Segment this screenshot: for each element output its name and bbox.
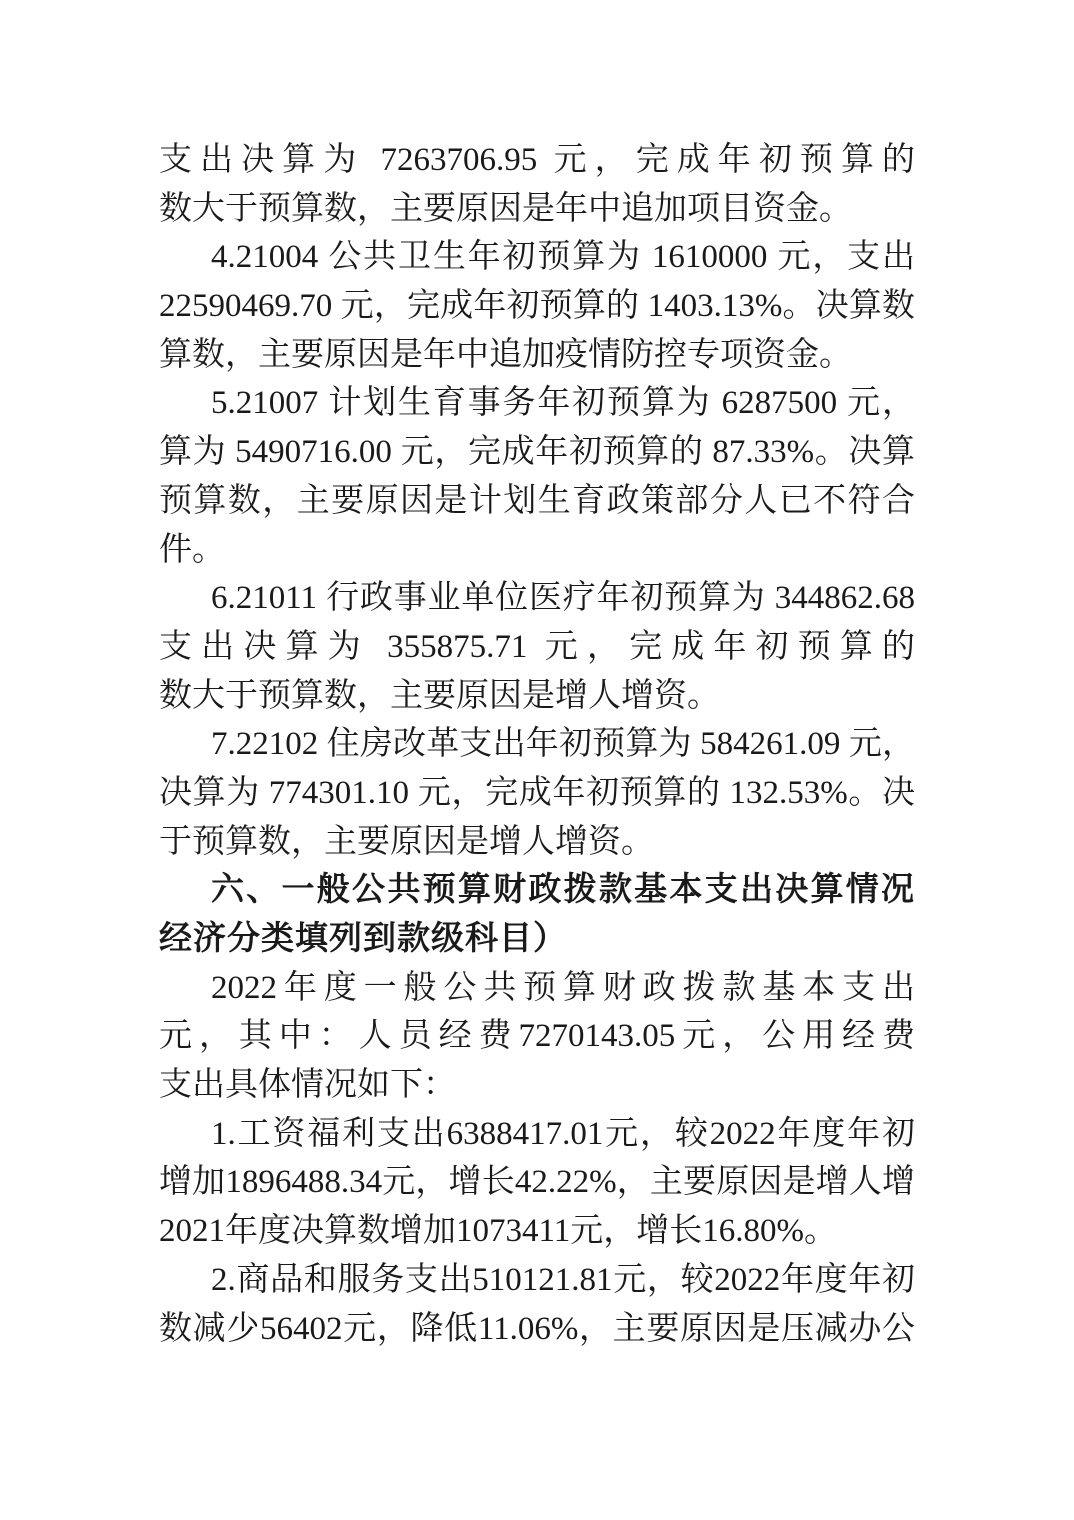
text-line: 支出具体情况如下： (159, 1061, 915, 1110)
text-line: 预算数，主要原因是计划生育政策部分人已不符合领取条 (159, 477, 915, 526)
document-body: 支出决算为 7263706.95 元，完成年初预算的 124.74%。决算数大于… (159, 136, 915, 1353)
text-line: 2022年度一般公共预算财政拨款基本支出7747662.86 (159, 964, 915, 1013)
paragraph: 支出决算为 7263706.95 元，完成年初预算的 124.74%。决算数大于… (159, 136, 915, 233)
paragraph: 2.商品和服务支出510121.81元，较2022年度年初预算数减少56402元… (159, 1256, 915, 1353)
section-heading: 六、一般公共预算财政拨款基本支出决算情况说明（按经济分类填列到款级科目） (159, 866, 915, 963)
paragraph: 4.21004 公共卫生年初预算为 1610000 元，支出决算为2259046… (159, 233, 915, 379)
text-line: 元，其中：人员经费7270143.05元，公用经费477519.81元。 (159, 1012, 915, 1061)
text-line: 算为 5490716.00 元，完成年初预算的 87.33%。决算数小于 (159, 428, 915, 477)
paragraph: 1.工资福利支出6388417.01元，较2022年度年初预算数增加189648… (159, 1110, 915, 1256)
text-line: 算数，主要原因是年中追加疫情防控专项资金。 (159, 331, 915, 380)
text-line: 4.21004 公共卫生年初预算为 1610000 元，支出决算为 (159, 233, 915, 282)
text-line: 于预算数，主要原因是增人增资。 (159, 818, 915, 867)
text-line: 决算为 774301.10 元，完成年初预算的 132.53%。决算数大 (159, 769, 915, 818)
heading-line: 经济分类填列到款级科目） (159, 915, 915, 964)
text-line: 支出决算为 7263706.95 元，完成年初预算的 124.74%。决算 (159, 136, 915, 185)
heading-line: 六、一般公共预算财政拨款基本支出决算情况说明（按 (159, 866, 915, 915)
paragraph: 7.22102 住房改革支出年初预算为 584261.09 元，支出决算为 77… (159, 720, 915, 866)
text-line: 6.21011 行政事业单位医疗年初预算为 344862.68 元， (159, 574, 915, 623)
text-line: 支出决算为 355875.71 元，完成年初预算的 103.19%。决算 (159, 623, 915, 672)
text-line: 数大于预算数，主要原因是增人增资。 (159, 672, 915, 721)
paragraph: 5.21007 计划生育事务年初预算为 6287500 元，支出决算为 5490… (159, 379, 915, 574)
text-line: 数减少56402元，降低11.06%，主要原因是压减办公经费； (159, 1305, 915, 1354)
text-line: 数大于预算数，主要原因是年中追加项目资金。 (159, 185, 915, 234)
text-line: 2.商品和服务支出510121.81元，较2022年度年初预算 (159, 1256, 915, 1305)
text-line: 7.22102 住房改革支出年初预算为 584261.09 元，支出 (159, 720, 915, 769)
text-line: 增加1896488.34元，增长42.22%，主要原因是增人增资；较 (159, 1158, 915, 1207)
text-line: 5.21007 计划生育事务年初预算为 6287500 元，支出决 (159, 379, 915, 428)
text-line: 1.工资福利支出6388417.01元，较2022年度年初预算数 (159, 1110, 915, 1159)
text-line: 22590469.70 元，完成年初预算的 1403.13%。决算数大于预 (159, 282, 915, 331)
text-line: 件。 (159, 526, 915, 575)
paragraph: 2022年度一般公共预算财政拨款基本支出7747662.86元，其中：人员经费7… (159, 964, 915, 1110)
paragraph: 6.21011 行政事业单位医疗年初预算为 344862.68 元，支出决算为 … (159, 574, 915, 720)
document-page: 支出决算为 7263706.95 元，完成年初预算的 124.74%。决算数大于… (0, 0, 1074, 1520)
text-line: 2021年度决算数增加1073411元，增长16.80%。 (159, 1207, 915, 1256)
